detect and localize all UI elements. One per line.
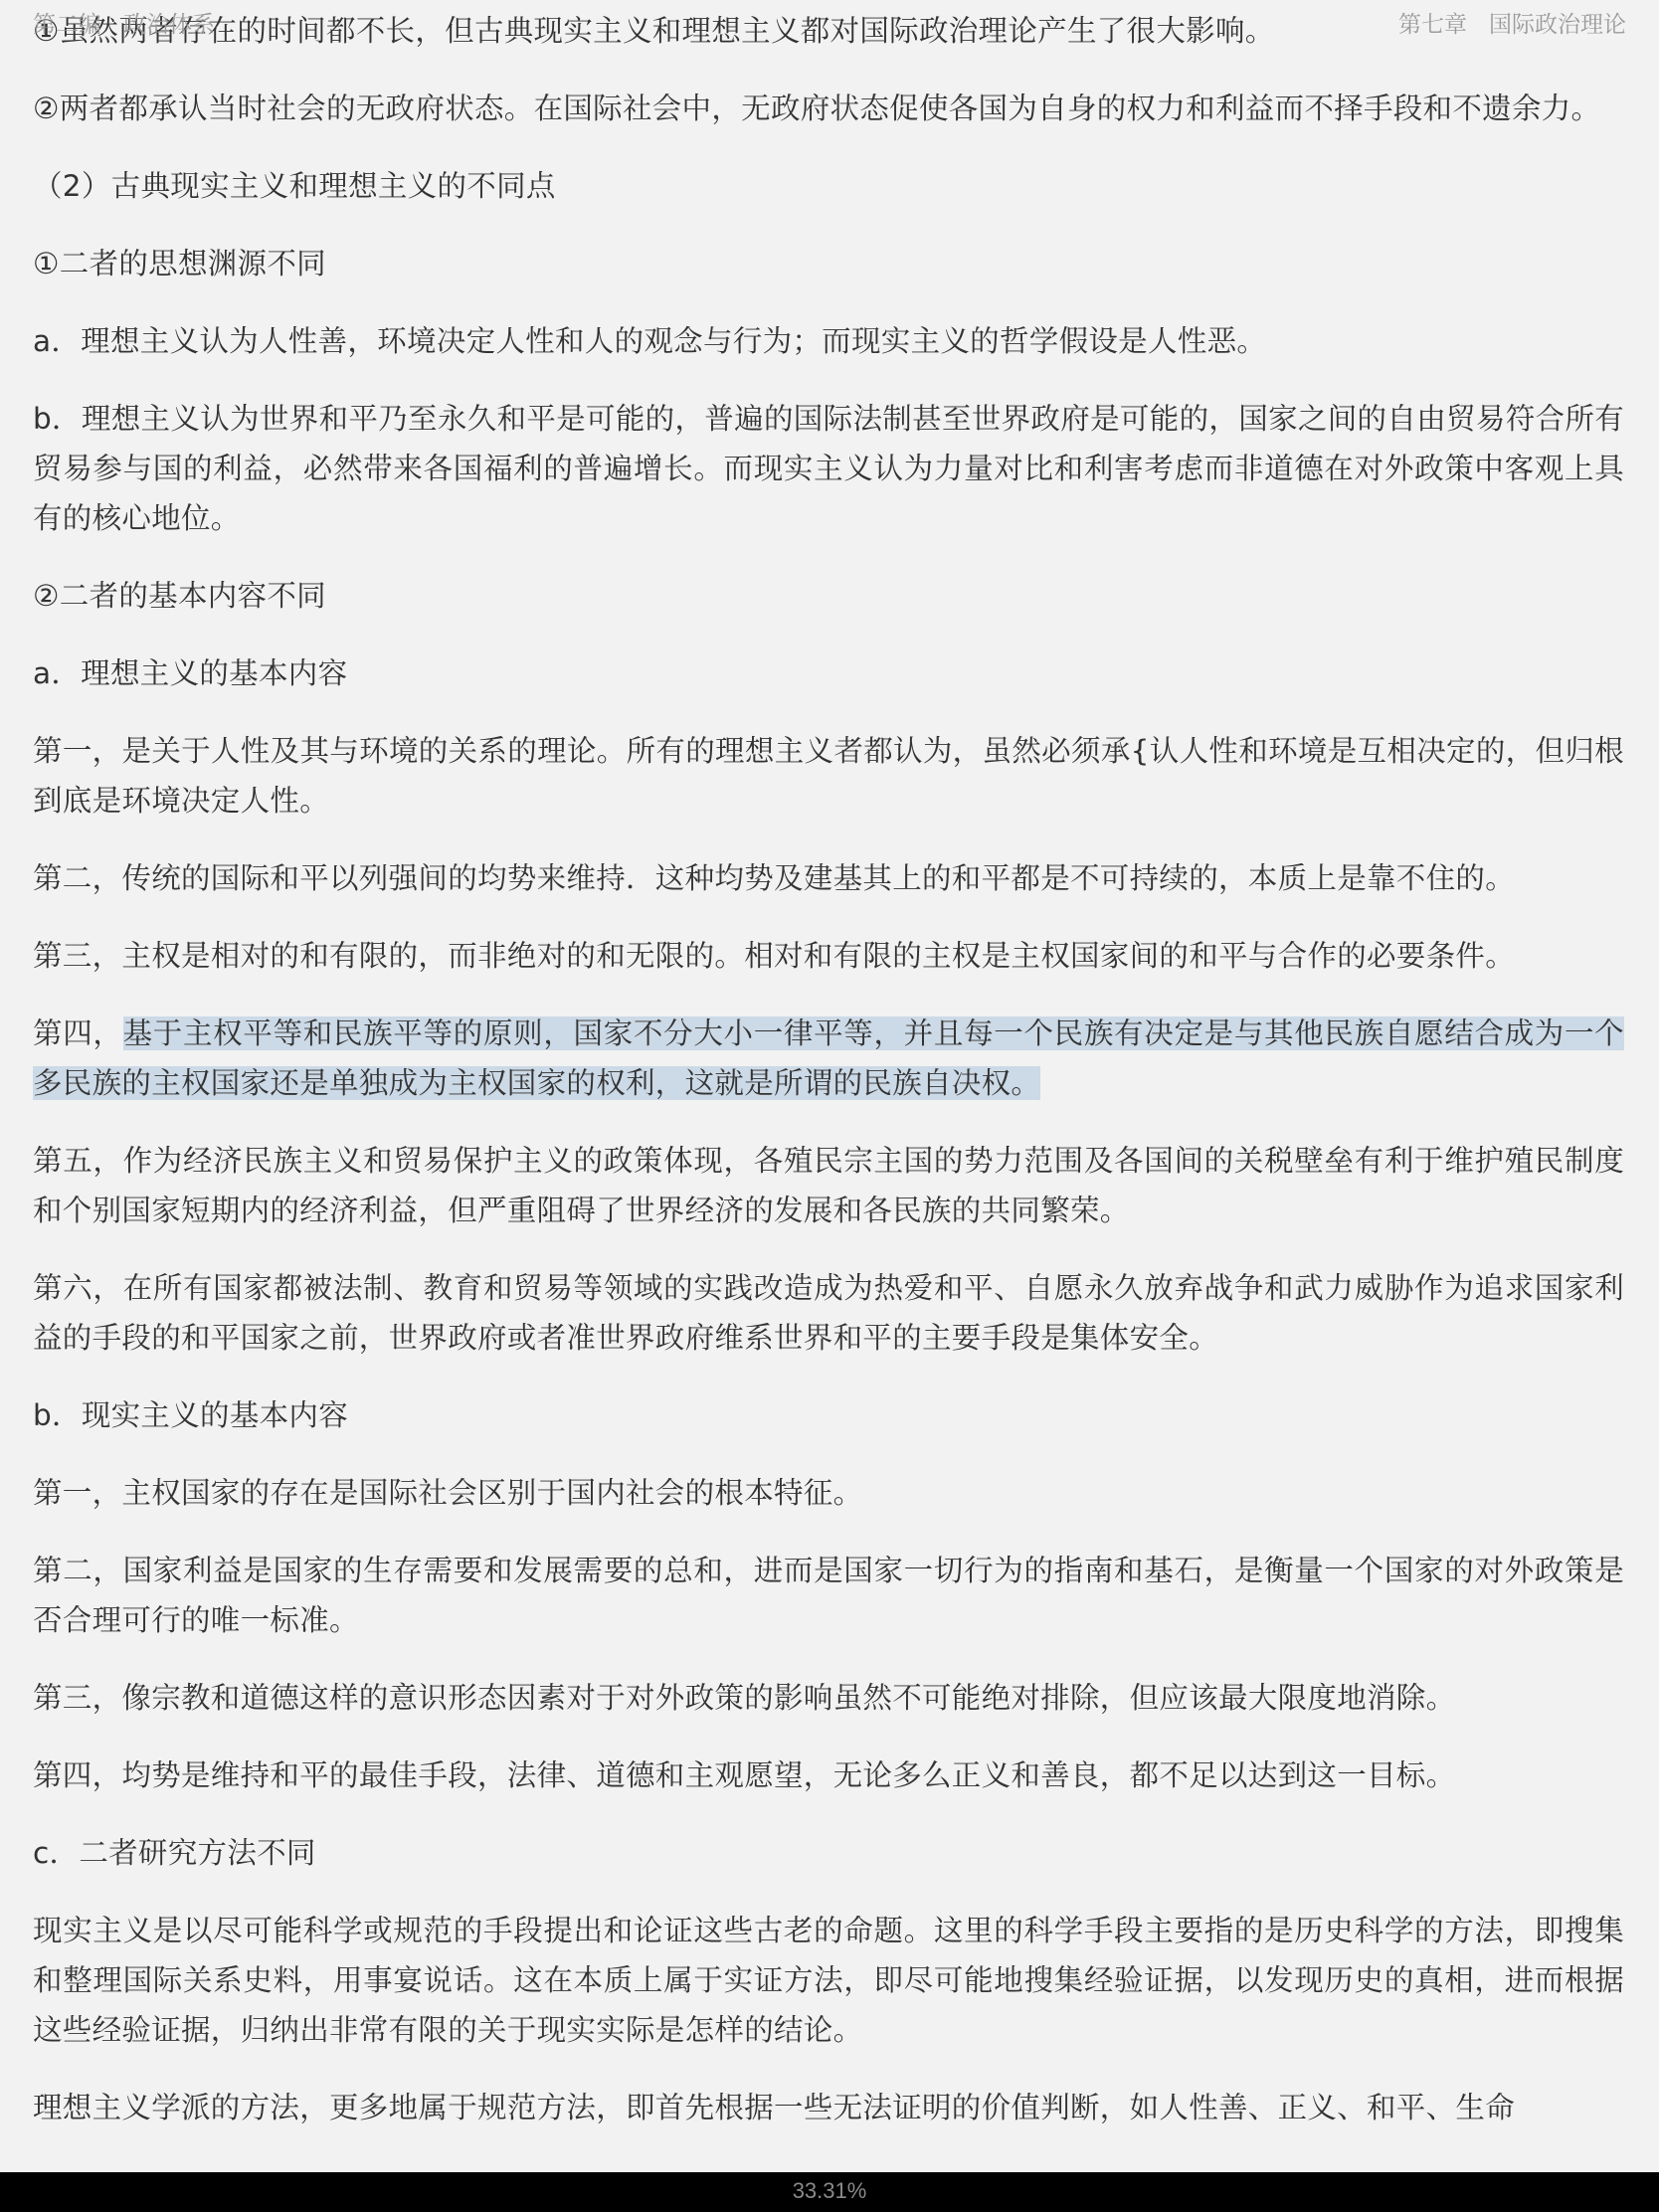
paragraph: 第一，主权国家的存在是国际社会区别于国内社会的根本特征。 bbox=[33, 1468, 1624, 1518]
paragraph: 第二，国家利益是国家的生存需要和发展需要的总和，进而是国家一切行为的指南和基石，… bbox=[33, 1546, 1624, 1645]
paragraph: 理想主义学派的方法，更多地属于规范方法，即首先根据一些无法证明的价值判断，如人性… bbox=[33, 2083, 1624, 2132]
paragraph: 现实主义是以尽可能科学或规范的手段提出和论证这些古老的命题。这里的科学手段主要指… bbox=[33, 1906, 1624, 2055]
section-heading: （2）古典现实主义和理想主义的不同点 bbox=[33, 161, 1624, 211]
paragraph: 第一，是关于人性及其与环境的关系的理论。所有的理想主义者都认为，虽然必须承{认人… bbox=[33, 726, 1624, 826]
subsection-heading: b．现实主义的基本内容 bbox=[33, 1390, 1624, 1440]
reading-progress-percent: 33.31% bbox=[0, 2178, 1659, 2204]
paragraph: 第六，在所有国家都被法制、教育和贸易等领域的实践改造成为热爱和平、自愿永久放弃战… bbox=[33, 1263, 1624, 1363]
paragraph: ①虽然两者存在的时间都不长，但古典现实主义和理想主义都对国际政治理论产生了很大影… bbox=[33, 6, 1624, 56]
text-selection-highlight[interactable]: 基于主权平等和民族平等的原则，国家不分大小一律平等，并且每一个民族有决定是与其他… bbox=[33, 1016, 1624, 1100]
paragraph: b．理想主义认为世界和平乃至永久和平是可能的，普遍的国际法制甚至世界政府是可能的… bbox=[33, 394, 1624, 543]
paragraph: a．理想主义认为人性善，环境决定人性和人的观念与行为；而现实主义的哲学假设是人性… bbox=[33, 316, 1624, 366]
paragraph: 第三，主权是相对的和有限的，而非绝对的和无限的。相对和有限的主权是主权国家间的和… bbox=[33, 931, 1624, 981]
paragraph: 第四，均势是维持和平的最佳手段，法律、道德和主观愿望，无论多么正义和善良，都不足… bbox=[33, 1751, 1624, 1800]
reading-progress-bar: 33.31% bbox=[0, 2172, 1659, 2212]
paragraph: 第二，传统的国际和平以列强间的均势来维持．这种均势及建基其上的和平都是不可持续的… bbox=[33, 853, 1624, 903]
subsection-heading: a．理想主义的基本内容 bbox=[33, 648, 1624, 698]
paragraph-with-selection: 第四，基于主权平等和民族平等的原则，国家不分大小一律平等，并且每一个民族有决定是… bbox=[33, 1009, 1624, 1108]
paragraph: 第三，像宗教和道德这样的意识形态因素对于对外政策的影响虽然不可能绝对排除，但应该… bbox=[33, 1673, 1624, 1723]
reader-page[interactable]: ①虽然两者存在的时间都不长，但古典现实主义和理想主义都对国际政治理论产生了很大影… bbox=[33, 14, 1624, 2160]
subsection-heading: ②二者的基本内容不同 bbox=[33, 571, 1624, 621]
subsection-heading: ①二者的思想渊源不同 bbox=[33, 239, 1624, 288]
paragraph-prefix: 第四， bbox=[33, 1016, 123, 1050]
subsection-heading: c．二者研究方法不同 bbox=[33, 1828, 1624, 1878]
paragraph: 第五，作为经济民族主义和贸易保护主义的政策体现，各殖民宗主国的势力范围及各国间的… bbox=[33, 1136, 1624, 1235]
paragraph: ②两者都承认当时社会的无政府状态。在国际社会中，无政府状态促使各国为自身的权力和… bbox=[33, 84, 1624, 133]
